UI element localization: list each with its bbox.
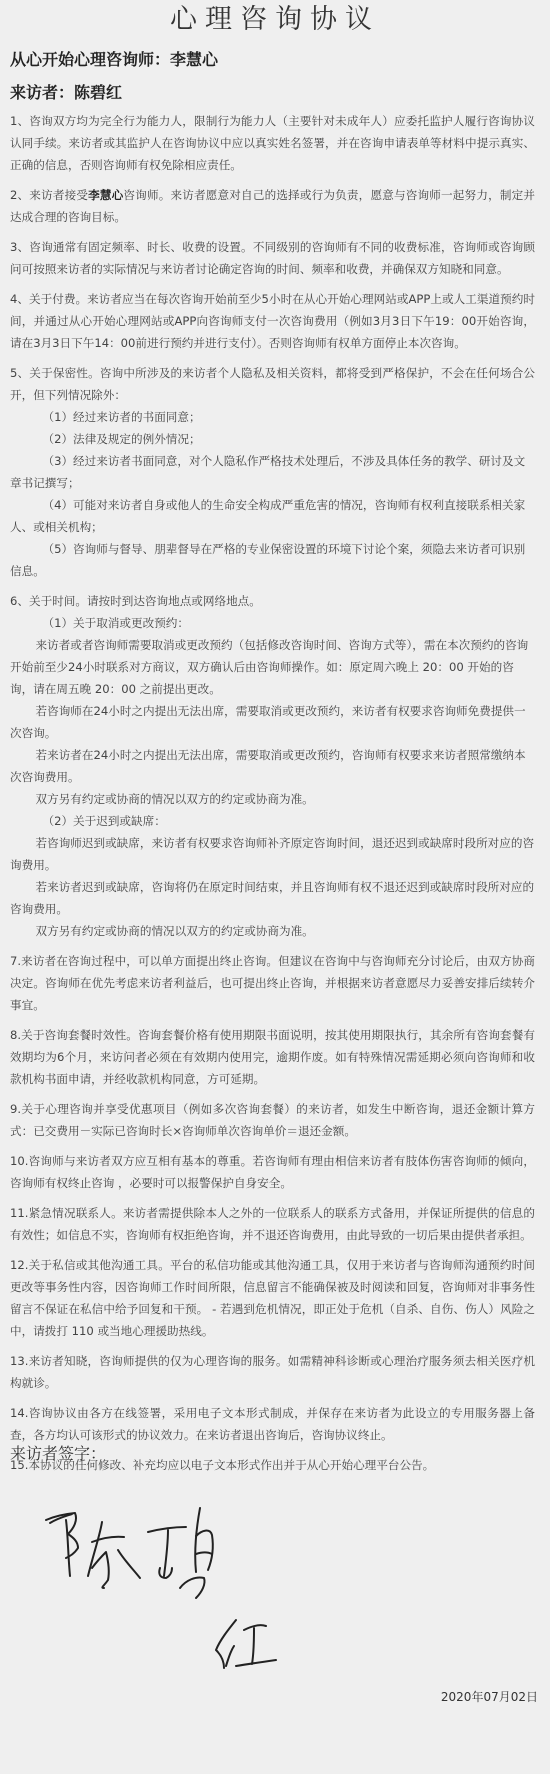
clause-2-prefix: 2、来访者接受 bbox=[10, 188, 88, 202]
clause-6-para: 若来访者在24小时之内提出无法出席，需要取消或更改预约，咨询师有权要求来访者照常… bbox=[10, 744, 535, 788]
clause-6-para: 双方另有约定或协商的情况以双方的约定或协商为准。 bbox=[10, 788, 535, 810]
clause-14: 14.咨询协议由各方在线签署，采用电子文本形式制成，并保存在来访者为此设立的专用… bbox=[10, 1402, 535, 1446]
clause-5-item: （5）咨询师与督导、朋辈督导在严格的专业保密设置的环境下讨论个案，须隐去来访者可… bbox=[10, 538, 535, 582]
clause-2: 2、来访者接受李慧心咨询师。来访者愿意对自己的选择或行为负责，愿意与咨询师一起努… bbox=[10, 184, 535, 228]
clause-6-para: 若来访者迟到或缺席，咨询将仍在原定时间结束，并且咨询师有权不退还迟到或缺席时段所… bbox=[10, 876, 535, 920]
clause-8: 8.关于咨询套餐时效性。咨询套餐价格有使用期限书面说明，按其使用期限执行，其余所… bbox=[10, 1024, 535, 1090]
clause-5-item: （1）经过来访者的书面同意； bbox=[10, 406, 535, 428]
clause-1: 1、咨询双方均为完全行为能力人，限制行为能力人（主要针对未成年人）应委托监护人履… bbox=[10, 110, 535, 176]
clause-10: 10.咨询师与来访者双方应互相有基本的尊重。若咨询师有理由相信来访者有肢体伤害咨… bbox=[10, 1150, 535, 1194]
clause-6-para: 来访者或者咨询师需要取消或更改预约（包括修改咨询时间、咨询方式等），需在本次预约… bbox=[10, 634, 535, 700]
clause-4: 4、关于付费。来访者应当在每次咨询开始前至少5小时在从心开始心理网站或APP上或… bbox=[10, 288, 535, 354]
counselor-line: 从心开始心理咨询师：李慧心 bbox=[10, 47, 218, 70]
clause-5-item: （2）法律及规定的例外情况； bbox=[10, 428, 535, 450]
clause-6-sub2-title: （2）关于迟到或缺席： bbox=[10, 810, 535, 832]
clause-6-sub1-title: （1）关于取消或更改预约： bbox=[10, 612, 535, 634]
signature-label: 来访者签字： bbox=[10, 1441, 106, 1464]
clause-12: 12.关于私信或其他沟通工具。平台的私信功能或其他沟通工具，仅用于来访者与咨询师… bbox=[10, 1254, 535, 1342]
agreement-body: 1、咨询双方均为完全行为能力人，限制行为能力人（主要针对未成年人）应委托监护人履… bbox=[10, 110, 535, 1484]
clause-11: 11.紧急情况联系人。来访者需提供除本人之外的一位联系人的联系方式备用，并保证所… bbox=[10, 1202, 535, 1246]
document-title: 心理咨询协议 bbox=[0, 0, 550, 40]
clause-5-item: （3）经过来访者书面同意，对个人隐私作严格技术处理后，不涉及具体任务的教学、研讨… bbox=[10, 450, 535, 494]
visitor-line: 来访者：陈碧红 bbox=[10, 80, 122, 103]
clause-7: 7.来访者在咨询过程中，可以单方面提出终止咨询。但建议在咨询中与咨询师充分讨论后… bbox=[10, 950, 535, 1016]
agreement-page: 心理咨询协议 从心开始心理咨询师：李慧心 来访者：陈碧红 1、咨询双方均为完全行… bbox=[0, 0, 550, 1774]
clause-6-para: 双方另有约定或协商的情况以双方的约定或协商为准。 bbox=[10, 920, 535, 942]
clause-6: 6、关于时间。请按时到达咨询地点或网络地点。 bbox=[10, 590, 535, 612]
clause-6-para: 若咨询师迟到或缺席，来访者有权要求咨询师补齐原定咨询时间，退还迟到或缺席时段所对… bbox=[10, 832, 535, 876]
clause-5: 5、关于保密性。咨询中所涉及的来访者个人隐私及相关资料，都将受到严格保护，不会在… bbox=[10, 362, 535, 406]
counselor-name: 李慧心 bbox=[88, 188, 123, 202]
clause-6-para: 若咨询师在24小时之内提出无法出席，需要取消或更改预约，来访者有权要求咨询师免费… bbox=[10, 700, 535, 744]
clause-13: 13.来访者知晓，咨询师提供的仅为心理咨询的服务。如需精神科诊断或心理治疗服务须… bbox=[10, 1350, 535, 1394]
signature-date: 2020年07月02日 bbox=[441, 1688, 538, 1705]
clause-9: 9.关于心理咨询并享受优惠项目（例如多次咨询套餐）的来访者，如发生中断咨询，退还… bbox=[10, 1098, 535, 1142]
handwritten-signature bbox=[0, 1480, 550, 1700]
clause-3: 3、咨询通常有固定频率、时长、收费的设置。不同级别的咨询师有不同的收费标准，咨询… bbox=[10, 236, 535, 280]
clause-5-item: （4）可能对来访者自身或他人的生命安全构成严重危害的情况，咨询师有权利直接联系相… bbox=[10, 494, 535, 538]
